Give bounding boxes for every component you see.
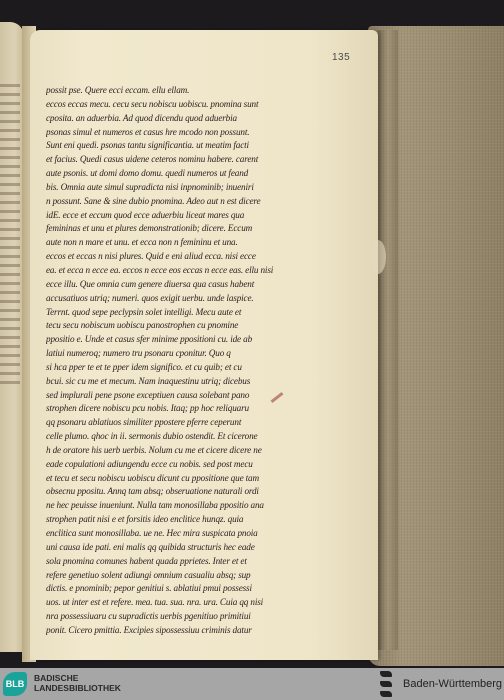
- baden-wuerttemberg-lions-icon: [380, 671, 394, 697]
- text-line: et tecu et secu nobiscu uobiscu dicunt c…: [46, 472, 286, 486]
- page-tab: [370, 240, 386, 274]
- fabric-fold: [378, 30, 398, 650]
- folio-number: 135: [332, 52, 350, 63]
- text-line: refere genetiuo solent adiungi omnium ca…: [46, 569, 286, 583]
- text-line: ponit. Cicero pmittia. Excipies siposses…: [46, 624, 286, 638]
- blb-library-name[interactable]: BADISCHE LANDESBIBLIOTHEK: [34, 673, 121, 693]
- text-line: dictis. e pnominib; pepor genitiui s. ab…: [46, 582, 286, 596]
- text-line: ne hec peuisse inueniunt. Nulla tam mono…: [46, 499, 286, 513]
- text-line: possit pse. Quere ecci eccam. ellu ellam…: [46, 84, 286, 98]
- text-line: si hca pper te et te pper idem significo…: [46, 361, 286, 375]
- text-line: sed implurali pene psone exceptiuen caus…: [46, 389, 286, 403]
- lion-icon: [380, 671, 392, 677]
- text-line: h de oratore his uerb uerbis. Nolum cu m…: [46, 444, 286, 458]
- manuscript-scan: 135 possit pse. Quere ecci eccam. ellu e…: [0, 0, 504, 668]
- text-line: qq psonaru ablatiuos similiter ppostere …: [46, 416, 286, 430]
- text-line: strophen dicere nobiscu pcu nobis. Itaq;…: [46, 402, 286, 416]
- text-line: enclitica sunt monosillaba. ue ne. Hec m…: [46, 527, 286, 541]
- text-line: n possunt. Sane & sine dubio pnomina. Ad…: [46, 195, 286, 209]
- text-line: celle plumo. qhoc in ii. sermonis dubio …: [46, 430, 286, 444]
- text-line: latiui numeroq; numero tru psonaru cponi…: [46, 347, 286, 361]
- blb-logo-icon[interactable]: BLB: [3, 672, 27, 696]
- text-line: obsecnu ppositu. Annq tam absq; obseruat…: [46, 485, 286, 499]
- text-line: tecu secu nobiscum uobiscu panostrophen …: [46, 319, 286, 333]
- text-line: ppositio e. Unde et casus sfer minime pp…: [46, 333, 286, 347]
- text-line: eade copulationi adiungendu ecce cu nobi…: [46, 458, 286, 472]
- text-line: bcui. sic cu me et mecum. Nam inaquestin…: [46, 375, 286, 389]
- left-page-text-fragment: [0, 84, 20, 384]
- text-line: nra possessiuaru cu supradictis uerbis p…: [46, 610, 286, 624]
- baden-wuerttemberg-label[interactable]: Baden-Württemberg: [403, 678, 502, 690]
- blb-name-line2: LANDESBIBLIOTHEK: [34, 683, 121, 693]
- text-line: uos. ut inter est et refere. mea. tua. s…: [46, 596, 286, 610]
- text-line: psonas simul et numeros et casus hre mco…: [46, 126, 286, 140]
- text-line: femininas et unu et plures demonstration…: [46, 222, 286, 236]
- text-line: ea. et ecca n ecce ea. eccos n ecce eos …: [46, 264, 286, 278]
- text-line: idE. ecce et eccum quod ecce aduerbiu li…: [46, 209, 286, 223]
- text-line: eccos eccas mecu. cecu secu nobiscu uobi…: [46, 98, 286, 112]
- text-line: ecce illu. Que omnia cum genere diuersa …: [46, 278, 286, 292]
- blb-name-line1: BADISCHE: [34, 673, 121, 683]
- text-line: uni causa ide pati. eni malis qq quibida…: [46, 541, 286, 555]
- text-line: aute psonis. ut domi domo domu. quedi nu…: [46, 167, 286, 181]
- text-line: accusatiuos utriq; numeri. quos exigit u…: [46, 292, 286, 306]
- text-line: eccos et eccas n nisi plures. Quid e eni…: [46, 250, 286, 264]
- text-line: sola pnomina comunes habent quada ppriet…: [46, 555, 286, 569]
- text-line: strophen patit nisi e et forsitis ideo e…: [46, 513, 286, 527]
- lion-icon: [380, 681, 392, 687]
- text-line: et facius. Quedi casus uidene ceteros no…: [46, 153, 286, 167]
- text-line: aute non n mare et unu. et ecca non n fe…: [46, 236, 286, 250]
- text-line: Sunt eni quedi. psonas tantu significant…: [46, 139, 286, 153]
- left-page-edge: [0, 22, 24, 652]
- text-line: cposita. an aduerbia. Ad quod dicendu qu…: [46, 112, 286, 126]
- lion-icon: [380, 691, 392, 697]
- text-line: bis. Omnia aute simul supradicta nisi in…: [46, 181, 286, 195]
- text-line: Terrnt. quod sepe peclypsin solet intell…: [46, 306, 286, 320]
- manuscript-text-block: possit pse. Quere ecci eccam. ellu ellam…: [46, 84, 286, 638]
